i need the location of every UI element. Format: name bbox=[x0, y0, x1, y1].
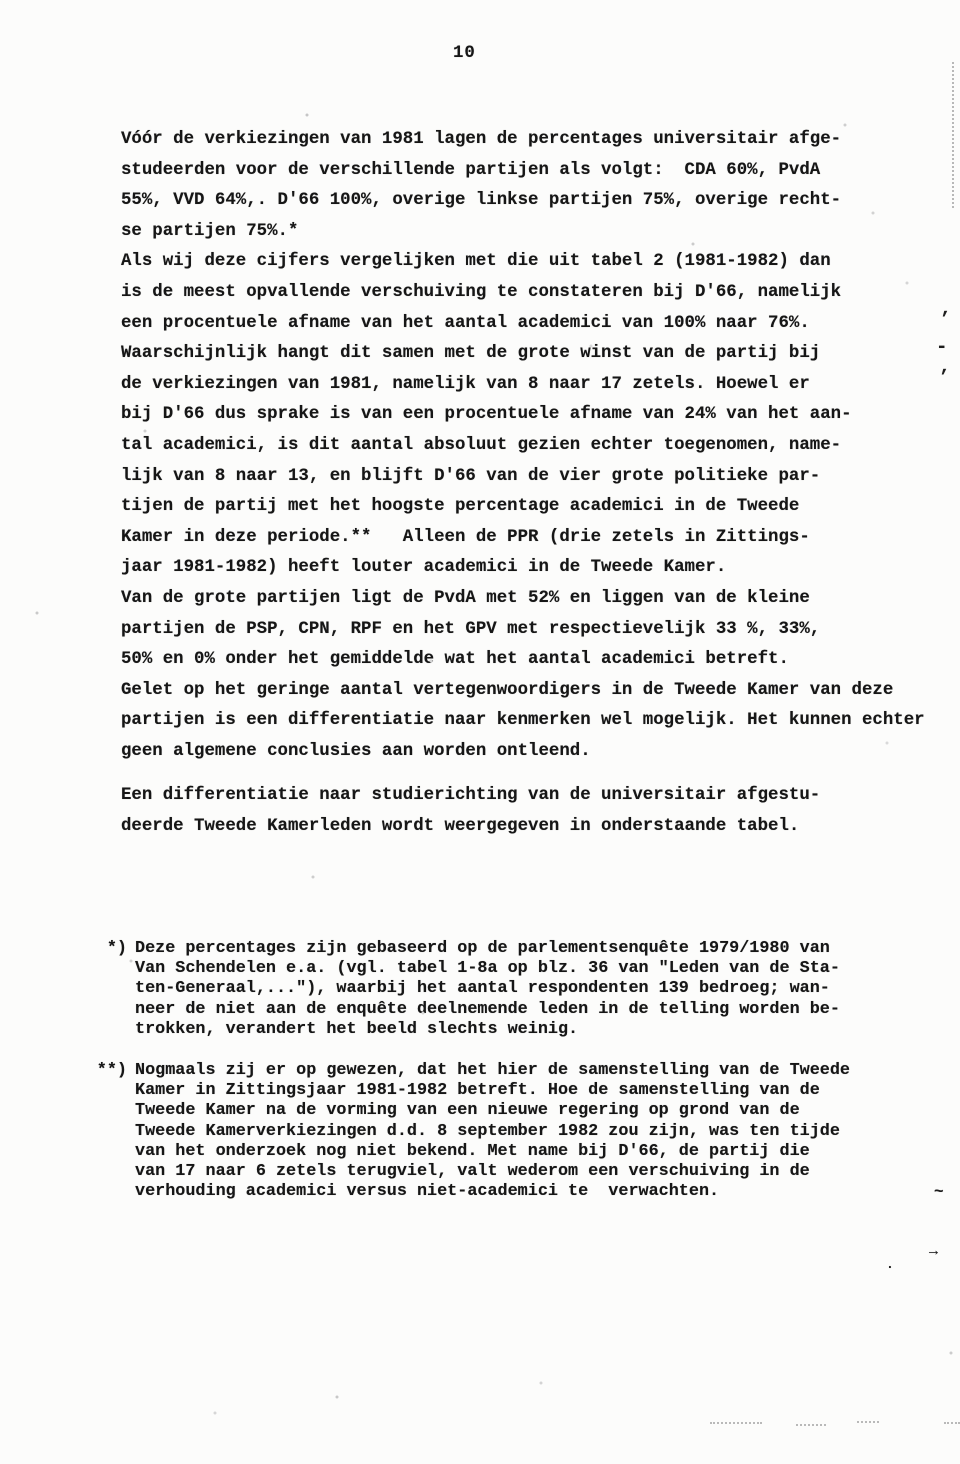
text-line: se partijen 75%.* bbox=[121, 217, 925, 248]
scan-mark: . bbox=[886, 1258, 894, 1271]
text-line: neer de niet aan de enquête deelnemende … bbox=[135, 1000, 840, 1020]
text-line: Vóór de verkiezingen van 1981 lagen de p… bbox=[121, 125, 925, 156]
text-line: geen algemene conclusies aan worden ontl… bbox=[121, 737, 925, 768]
text-line: Gelet op het geringe aantal vertegenwoor… bbox=[121, 676, 925, 707]
scan-mark: → bbox=[929, 1244, 938, 1259]
text-line: Van Schendelen e.a. (vgl. tabel 1-8a op … bbox=[135, 959, 840, 979]
text-line: Kamer in Zittingsjaar 1981-1982 betreft.… bbox=[135, 1081, 850, 1101]
scan-mark: ~ bbox=[934, 1184, 944, 1200]
text-line: een procentuele afname van het aantal ac… bbox=[121, 309, 925, 340]
text-line: studeerden voor de verschillende partije… bbox=[121, 156, 925, 187]
text-line: van 17 naar 6 zetels terugviel, valt wed… bbox=[135, 1162, 850, 1182]
text-line: bij D'66 dus sprake is van een procentue… bbox=[121, 400, 925, 431]
scan-speck-row bbox=[944, 1422, 960, 1424]
text-line: lijk van 8 naar 13, en blijft D'66 van d… bbox=[121, 462, 925, 493]
scan-speck-row bbox=[857, 1421, 879, 1423]
scanned-document-page: 10 Vóór de verkiezingen van 1981 lagen d… bbox=[0, 0, 960, 1464]
scan-speck-row bbox=[796, 1424, 826, 1426]
text-line: trokken, verandert het beeld slechts wei… bbox=[135, 1020, 840, 1040]
text-line: partijen is een differentiatie naar kenm… bbox=[121, 706, 925, 737]
text-line: 50% en 0% onder het gemiddelde wat het a… bbox=[121, 645, 925, 676]
scan-speck-row bbox=[710, 1422, 762, 1424]
footnote-2-marker: **) bbox=[81, 1061, 127, 1081]
text-line: Kamer in deze periode.** Alleen de PPR (… bbox=[121, 523, 925, 554]
text-line: Deze percentages zijn gebaseerd op de pa… bbox=[135, 939, 840, 959]
text-line: tijen de partij met het hoogste percenta… bbox=[121, 492, 925, 523]
footnote-2: **) Nogmaals zij er op gewezen, dat het … bbox=[81, 1061, 850, 1202]
scan-mark: ‚ bbox=[940, 300, 951, 318]
text-line: Nogmaals zij er op gewezen, dat het hier… bbox=[135, 1061, 850, 1081]
text-line: is de meest opvallende verschuiving te c… bbox=[121, 278, 925, 309]
text-line: verhouding academici versus niet-academi… bbox=[135, 1182, 850, 1202]
body-paragraph-2: Een differentiatie naar studierichting v… bbox=[121, 781, 820, 842]
text-line: Van de grote partijen ligt de PvdA met 5… bbox=[121, 584, 925, 615]
scan-edge-dotted-line bbox=[952, 62, 954, 208]
text-line: 55%, VVD 64%,. D'66 100%, overige linkse… bbox=[121, 186, 925, 217]
text-line: Tweede Kamer na de vorming van een nieuw… bbox=[135, 1101, 850, 1121]
footnote-2-lines: Nogmaals zij er op gewezen, dat het hier… bbox=[135, 1061, 850, 1202]
text-line: Een differentiatie naar studierichting v… bbox=[121, 781, 820, 812]
footnote-1-marker: *) bbox=[81, 939, 127, 959]
text-line: tal academici, is dit aantal absoluut ge… bbox=[121, 431, 925, 462]
text-line: deerde Tweede Kamerleden wordt weergegev… bbox=[121, 812, 820, 843]
scan-mark: ‚ bbox=[939, 358, 950, 376]
body-paragraph-1: Vóór de verkiezingen van 1981 lagen de p… bbox=[121, 125, 925, 767]
text-line: van het onderzoek nog niet bekend. Met n… bbox=[135, 1142, 850, 1162]
footnote-1-lines: Deze percentages zijn gebaseerd op de pa… bbox=[135, 939, 840, 1040]
text-line: ten-Generaal,..."), waarbij het aantal r… bbox=[135, 979, 840, 999]
text-line: Waarschijnlijk hangt dit samen met de gr… bbox=[121, 339, 925, 370]
text-line: partijen de PSP, CPN, RPF en het GPV met… bbox=[121, 615, 925, 646]
text-line: jaar 1981-1982) heeft louter academici i… bbox=[121, 553, 925, 584]
text-line: de verkiezingen van 1981, namelijk van 8… bbox=[121, 370, 925, 401]
scan-mark: - bbox=[936, 338, 947, 357]
footnote-1: *) Deze percentages zijn gebaseerd op de… bbox=[81, 939, 840, 1040]
text-line: Tweede Kamerverkiezingen d.d. 8 septembe… bbox=[135, 1122, 850, 1142]
scan-noise-dots bbox=[0, 0, 2, 2]
text-line: Als wij deze cijfers vergelijken met die… bbox=[121, 247, 925, 278]
page-number: 10 bbox=[453, 44, 476, 64]
